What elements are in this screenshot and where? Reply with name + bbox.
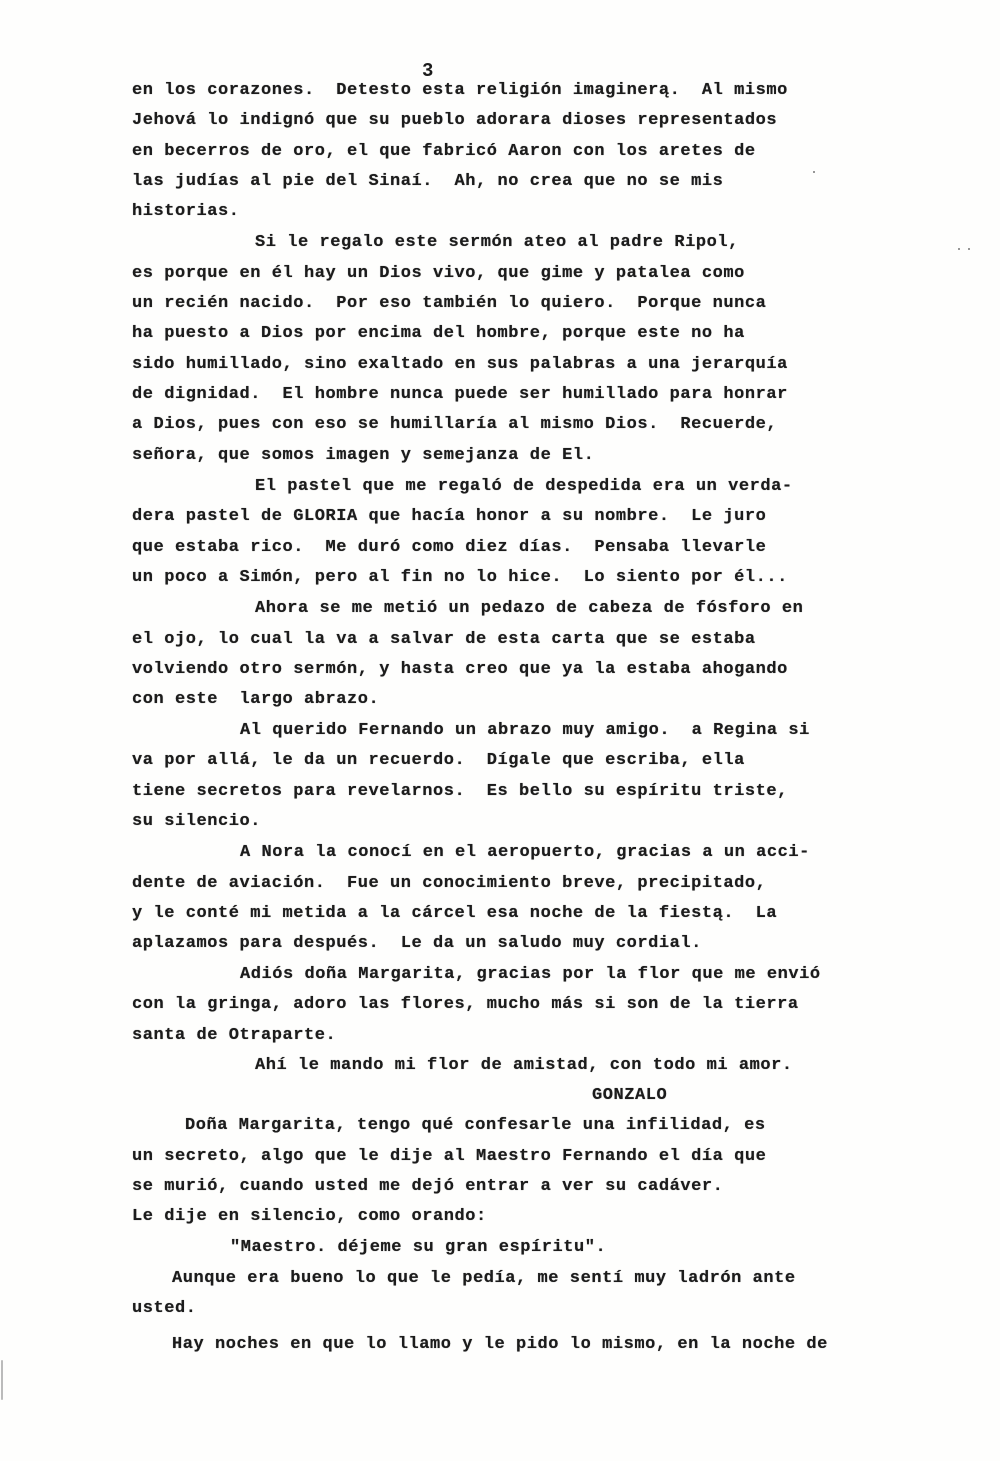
text-line: en becerros de oro, el que fabricó Aaron… xyxy=(132,142,756,162)
text-line: Si le regalo este sermón ateo al padre R… xyxy=(255,233,739,253)
text-line: sido humillado, sino exaltado en sus pal… xyxy=(132,355,788,375)
text-line: Jehová lo indignó que su pueblo adorara … xyxy=(132,111,777,131)
text-line: Aunque era bueno lo que le pedía, me sen… xyxy=(172,1269,796,1289)
text-line: Adiós doña Margarita, gracias por la flo… xyxy=(240,965,821,985)
text-line: un secreto, algo que le dije al Maestro … xyxy=(132,1147,766,1167)
text-line: su silencio. xyxy=(132,812,261,832)
text-line: dera pastel de GLORIA que hacía honor a … xyxy=(132,507,766,527)
text-line: con este largo abrazo. xyxy=(132,690,379,710)
text-line: de dignidad. El hombre nunca puede ser h… xyxy=(132,385,788,405)
paper-speck xyxy=(958,248,960,250)
text-line: santa de Otraparte. xyxy=(132,1026,336,1046)
text-line: y le conté mi metida a la cárcel esa noc… xyxy=(132,904,777,924)
paper-speck xyxy=(968,248,970,250)
text-line: ha puesto a Dios por encima del hombre, … xyxy=(132,324,745,344)
text-line: Ahí le mando mi flor de amistad, con tod… xyxy=(255,1056,793,1076)
text-line: en los corazones. Detesto esta religión … xyxy=(132,81,788,101)
text-line: un recién nacido. Por eso también lo qui… xyxy=(132,294,766,314)
text-line: las judías al pie del Sinaí. Ah, no crea… xyxy=(132,172,723,192)
text-line: Ahora se me metió un pedazo de cabeza de… xyxy=(255,599,803,619)
text-line: Le dije en silencio, como orando: xyxy=(132,1207,487,1227)
text-line: va por allá, le da un recuerdo. Dígale q… xyxy=(132,751,745,771)
text-line: aplazamos para después. Le da un saludo … xyxy=(132,934,702,954)
text-line: se murió, cuando usted me dejó entrar a … xyxy=(132,1177,723,1197)
text-line: usted. xyxy=(132,1299,197,1319)
text-line: dente de aviación. Fue un conocimiento b… xyxy=(132,874,766,894)
typewritten-letter-page: 3 en los corazones. Detesto esta religió… xyxy=(0,0,1000,1461)
text-line: GONZALO xyxy=(592,1086,667,1106)
text-line: historias. xyxy=(132,202,240,222)
text-line: un poco a Simón, pero al fin no lo hice.… xyxy=(132,568,788,588)
text-line: A Nora la conocí en el aeropuerto, graci… xyxy=(240,843,810,863)
text-line: "Maestro. déjeme su gran espíritu". xyxy=(230,1238,606,1258)
text-line: El pastel que me regaló de despedida era… xyxy=(255,477,793,497)
text-line: Hay noches en que lo llamo y le pido lo … xyxy=(172,1335,828,1355)
text-line: Doña Margarita, tengo qué confesarle una… xyxy=(185,1116,766,1136)
page-number: 3 xyxy=(422,60,433,82)
text-line: a Dios, pues con eso se humillaría al mi… xyxy=(132,415,777,435)
text-line: volviendo otro sermón, y hasta creo que … xyxy=(132,660,788,680)
text-line: tiene secretos para revelarnos. Es bello… xyxy=(132,782,788,802)
text-line: con la gringa, adoro las flores, mucho m… xyxy=(132,995,799,1015)
text-line: señora, que somos imagen y semejanza de … xyxy=(132,446,594,466)
text-line: que estaba rico. Me duró como diez días.… xyxy=(132,538,766,558)
text-line: el ojo, lo cual la va a salvar de esta c… xyxy=(132,630,756,650)
text-line: Al querido Fernando un abrazo muy amigo.… xyxy=(240,721,810,741)
paper-speck xyxy=(813,171,815,173)
paper-speck xyxy=(1,1360,3,1400)
text-line: es porque en él hay un Dios vivo, que gi… xyxy=(132,264,745,284)
